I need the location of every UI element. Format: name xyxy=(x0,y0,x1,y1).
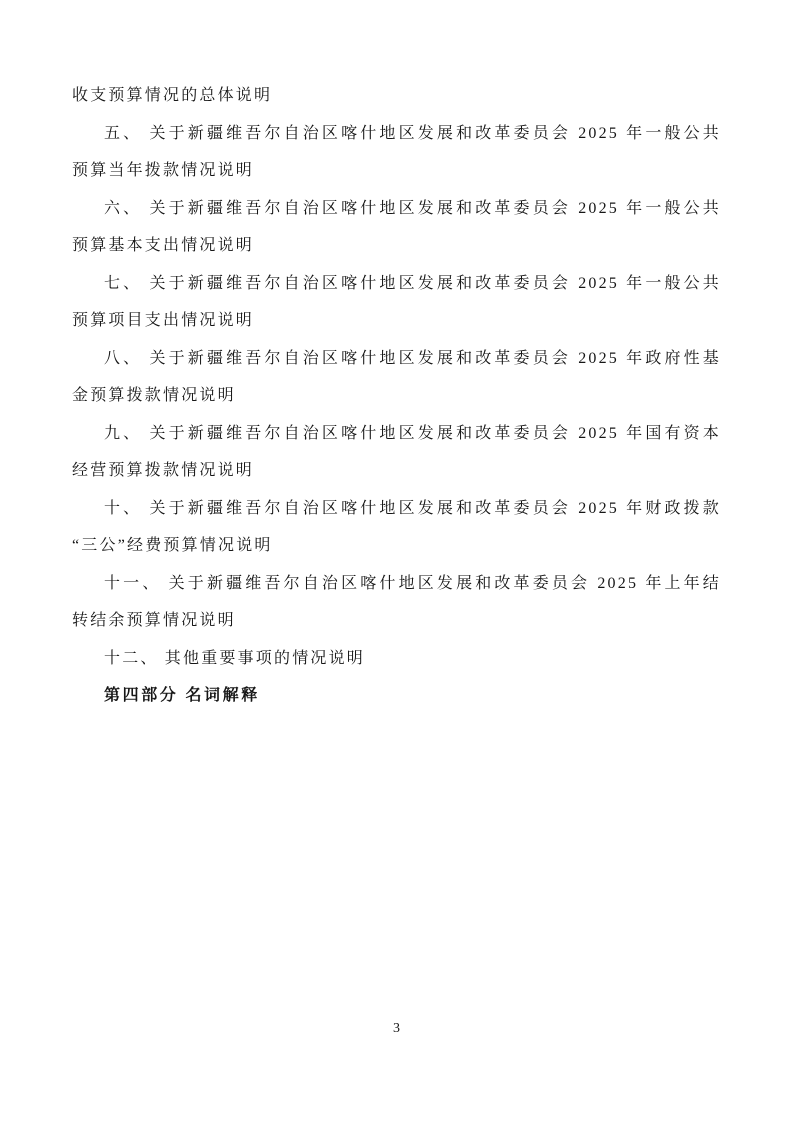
toc-item-7-line-1: 七、 关于新疆维吾尔自治区喀什地区发展和改革委员会 2025 年一般公共 xyxy=(72,265,721,303)
toc-item-11-line-2: 转结余预算情况说明 xyxy=(72,602,721,640)
toc-item-6-line-2: 预算基本支出情况说明 xyxy=(72,227,721,265)
toc-item-7-line-2: 预算项目支出情况说明 xyxy=(72,302,721,340)
toc-item-5-line-1: 五、 关于新疆维吾尔自治区喀什地区发展和改革委员会 2025 年一般公共 xyxy=(72,115,721,153)
document-body: 收支预算情况的总体说明 五、 关于新疆维吾尔自治区喀什地区发展和改革委员会 20… xyxy=(72,77,721,715)
page-number: 3 xyxy=(393,1021,400,1036)
section-4-heading: 第四部分 名词解释 xyxy=(72,677,721,715)
toc-item-12: 十二、 其他重要事项的情况说明 xyxy=(72,640,721,678)
toc-item-10-line-1: 十、 关于新疆维吾尔自治区喀什地区发展和改革委员会 2025 年财政拨款 xyxy=(72,490,721,528)
toc-item-10-line-2: “三公”经费预算情况说明 xyxy=(72,527,721,565)
toc-item-6-line-1: 六、 关于新疆维吾尔自治区喀什地区发展和改革委员会 2025 年一般公共 xyxy=(72,190,721,228)
toc-item-5-line-2: 预算当年拨款情况说明 xyxy=(72,152,721,190)
document-page: 收支预算情况的总体说明 五、 关于新疆维吾尔自治区喀什地区发展和改革委员会 20… xyxy=(0,0,793,1122)
toc-item-9-line-1: 九、 关于新疆维吾尔自治区喀什地区发展和改革委员会 2025 年国有资本 xyxy=(72,415,721,453)
toc-item-11-line-1: 十一、 关于新疆维吾尔自治区喀什地区发展和改革委员会 2025 年上年结 xyxy=(72,565,721,603)
toc-item-8-line-2: 金预算拨款情况说明 xyxy=(72,377,721,415)
toc-item-8-line-1: 八、 关于新疆维吾尔自治区喀什地区发展和改革委员会 2025 年政府性基 xyxy=(72,340,721,378)
toc-item-9-line-2: 经营预算拨款情况说明 xyxy=(72,452,721,490)
toc-item-4-continuation: 收支预算情况的总体说明 xyxy=(72,77,721,115)
page-footer: 3 xyxy=(0,1021,793,1037)
